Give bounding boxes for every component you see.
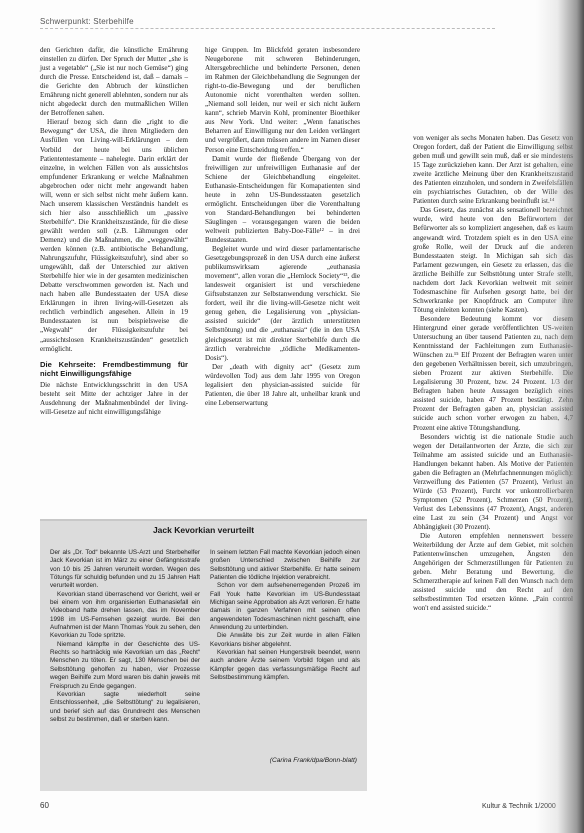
- paragraph: Die nächste Entwicklungsschritt in den U…: [40, 381, 188, 417]
- box-paragraph: In seinem letzten Fall machte Kevorkian …: [210, 549, 360, 582]
- box-paragraph: Kevorkian stand überraschend vor Gericht…: [50, 591, 200, 641]
- box-paragraph: Die Anwälte bis zur Zeit wurde in allen …: [210, 632, 360, 649]
- article-column-2: hige Gruppen. Im Blickfeld geraten insbe…: [205, 46, 360, 408]
- box-paragraph: Der als „Dr. Tod“ bekannte US-Arzt und S…: [50, 549, 200, 591]
- section-subheading: Die Kehrseite: Fremdbestimmung für nicht…: [40, 360, 188, 378]
- box-paragraph: Niemand kämpfte in der Geschichte des US…: [50, 641, 200, 691]
- box-paragraph: Kevorkian sagte wiederholt seine Entschl…: [50, 691, 200, 724]
- paragraph: Besonders wichtig ist die nationale Stud…: [413, 433, 573, 533]
- magazine-footer: Kultur & Technik 1/2000: [482, 803, 556, 810]
- box-column-1: Der als „Dr. Tod“ bekannte US-Arzt und S…: [50, 549, 200, 724]
- article-column-3: von weniger als sechs Monaten haben. Das…: [413, 134, 573, 613]
- box-paragraph: Kevorkian hat seinen Hungerstreik beende…: [210, 649, 360, 682]
- box-title: Jack Kevorkian verurteilt: [40, 525, 367, 535]
- paragraph: von weniger als sechs Monaten haben. Das…: [413, 134, 573, 206]
- paragraph: Damit wurde der fließende Übergang von d…: [205, 155, 360, 245]
- paragraph: Besondere Bedeutung kommt vor diesem Hin…: [413, 315, 573, 433]
- page-number: 60: [40, 801, 49, 810]
- paragraph: Begleitet wurde und wird dieser parlamen…: [205, 245, 360, 363]
- paragraph: hige Gruppen. Im Blickfeld geraten insbe…: [205, 46, 360, 155]
- paragraph: Das Gesetz, das zunächst als sensationel…: [413, 206, 573, 315]
- paragraph: Der „death with dignity act“ (Gesetz zum…: [205, 363, 360, 408]
- article-column-1: den Gerichten dafür, die künstliche Ernä…: [40, 46, 188, 417]
- paragraph: Hierauf bezog sich dann die „right to di…: [40, 118, 188, 353]
- paragraph: den Gerichten dafür, die künstliche Ernä…: [40, 46, 188, 118]
- box-paragraph: Schon vor dem aufsehenerregenden Prozeß …: [210, 582, 360, 632]
- sidebar-box: Jack Kevorkian verurteilt Der als „Dr. T…: [40, 519, 367, 791]
- paragraph: Die Autoren empfehlen nennenswert besser…: [413, 532, 573, 613]
- box-column-2: In seinem letzten Fall machte Kevorkian …: [210, 549, 360, 683]
- running-head: Schwerpunkt: Sterbehilfe: [40, 17, 495, 29]
- box-credit: (Carina Frank/dpa/Bonn-blatt): [270, 757, 357, 764]
